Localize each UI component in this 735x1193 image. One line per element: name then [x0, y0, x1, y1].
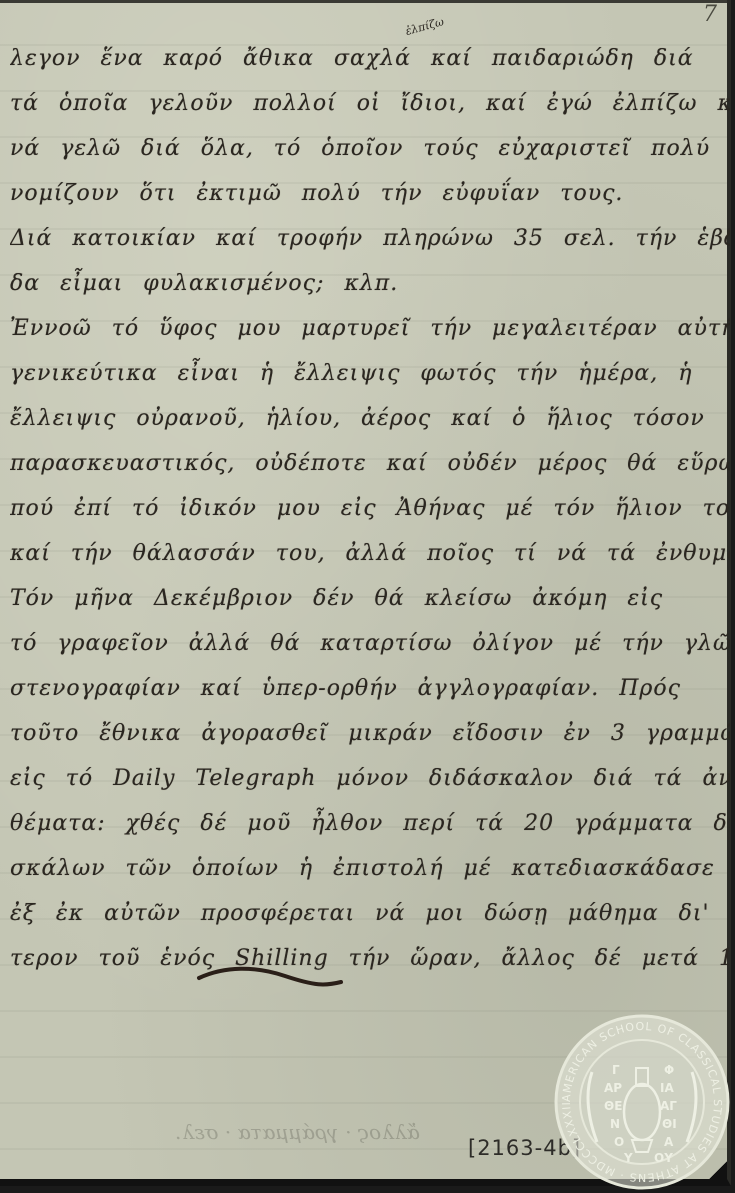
text-line: Διά κατοικίαν καί τροφήν πληρώνω 35 σελ.…	[10, 216, 730, 261]
text-line: παρασκευαστικός, οὐδέποτε καί οὐδέν μέρο…	[10, 441, 730, 486]
text-line: νά γελῶ διά ὅλα, τό ὁποῖον τούς εὐχαριστ…	[10, 126, 730, 171]
svg-text:Υ: Υ	[623, 1151, 633, 1165]
svg-text:Α: Α	[664, 1135, 674, 1149]
text-line: τά ὁποῖα γελοῦν πολλοί οἱ ἴδιοι, καί ἐγώ…	[10, 81, 730, 126]
svg-text:ΟΥ: ΟΥ	[654, 1151, 673, 1165]
svg-text:ΙΑ: ΙΑ	[660, 1081, 674, 1095]
svg-text:ΘΕ: ΘΕ	[604, 1099, 622, 1113]
text-line: Ἐννοῶ τό ὕφος μου μαρτυρεῖ τήν μεγαλειτέ…	[10, 306, 730, 351]
svg-text:ΑΡ: ΑΡ	[604, 1081, 622, 1095]
text-line: θέματα: χθές δέ μοῦ ἦλθον περί τά 20 γρά…	[10, 801, 730, 846]
text-line: σκάλων τῶν ὁποίων ἡ ἐπιστολή μέ κατεδιασ…	[10, 846, 730, 891]
text-line: νομίζουν ὅτι ἐκτιμῶ πολύ τήν εὐφυΐαν του…	[10, 171, 730, 216]
page-corner	[709, 1161, 727, 1179]
handwritten-text-block: λεγον ἕνα καρό ἄθικα σαχλά καί παιδαριώδ…	[10, 36, 730, 981]
bleed-through-text: ἄλλος · γράμματα · σελ.	[20, 1120, 420, 1180]
interlinear-note: ἐλπίζω	[404, 15, 445, 38]
text-line: Τόν μῆνα Δεκέμβριον δέν θά κλείσω ἀκόμη …	[10, 576, 730, 621]
svg-text:Φ: Φ	[664, 1063, 674, 1077]
archive-seal-icon: AMERICAN SCHOOL OF CLASSICAL STUDIES AT …	[552, 1012, 732, 1192]
manuscript-page: 7 ἐλπίζω λεγον ἕνα καρό ἄθικα σαχλά καί …	[0, 0, 731, 1186]
svg-text:Ν: Ν	[610, 1117, 620, 1131]
text-line: ἔλλειψις οὐρανοῦ, ἡλίου, ἀέρος καί ὁ ἥλι…	[10, 396, 730, 441]
text-line: δα εἶμαι φυλακισμένος; κλπ.	[10, 261, 730, 306]
svg-text:ΘΙ: ΘΙ	[662, 1117, 677, 1131]
svg-text:Γ: Γ	[612, 1063, 620, 1077]
text-line: τερον τοῦ ἑνός Shilling τήν ὥραν, ἄλλος …	[10, 936, 730, 981]
text-line: λεγον ἕνα καρό ἄθικα σαχλά καί παιδαριώδ…	[10, 36, 730, 81]
text-line: εἰς τό Daily Telegraph μόνον διδάσκαλον …	[10, 756, 730, 801]
text-line: στενογραφίαν καί ὑπερ-ορθήν ἀγγλογραφίαν…	[10, 666, 730, 711]
ink-flourish	[195, 964, 345, 988]
text-line: πού ἐπί τό ἰδικόν μου εἰς Ἀθήνας μέ τόν …	[10, 486, 730, 531]
text-line: γενικεύτικα εἶναι ἡ ἔλλειψις φωτός τήν ἡ…	[10, 351, 730, 396]
text-line: τό γραφεῖον ἀλλά θά καταρτίσω ὀλίγον μέ …	[10, 621, 730, 666]
text-line: καί τήν θάλασσάν του, ἀλλά ποῖος τί νά τ…	[10, 531, 730, 576]
page-top-edge	[0, 0, 727, 3]
svg-text:ΑΓ: ΑΓ	[660, 1099, 677, 1113]
svg-text:Ο: Ο	[614, 1135, 624, 1149]
text-line: ἐξ ἐκ αὐτῶν προσφέρεται νά μοι δώσῃ μάθη…	[10, 891, 730, 936]
text-line: τοῦτο ἔθνικα ἀγορασθεῖ μικράν εἴδοσιν ἐν…	[10, 711, 730, 756]
folio-mark: 7	[703, 2, 717, 27]
